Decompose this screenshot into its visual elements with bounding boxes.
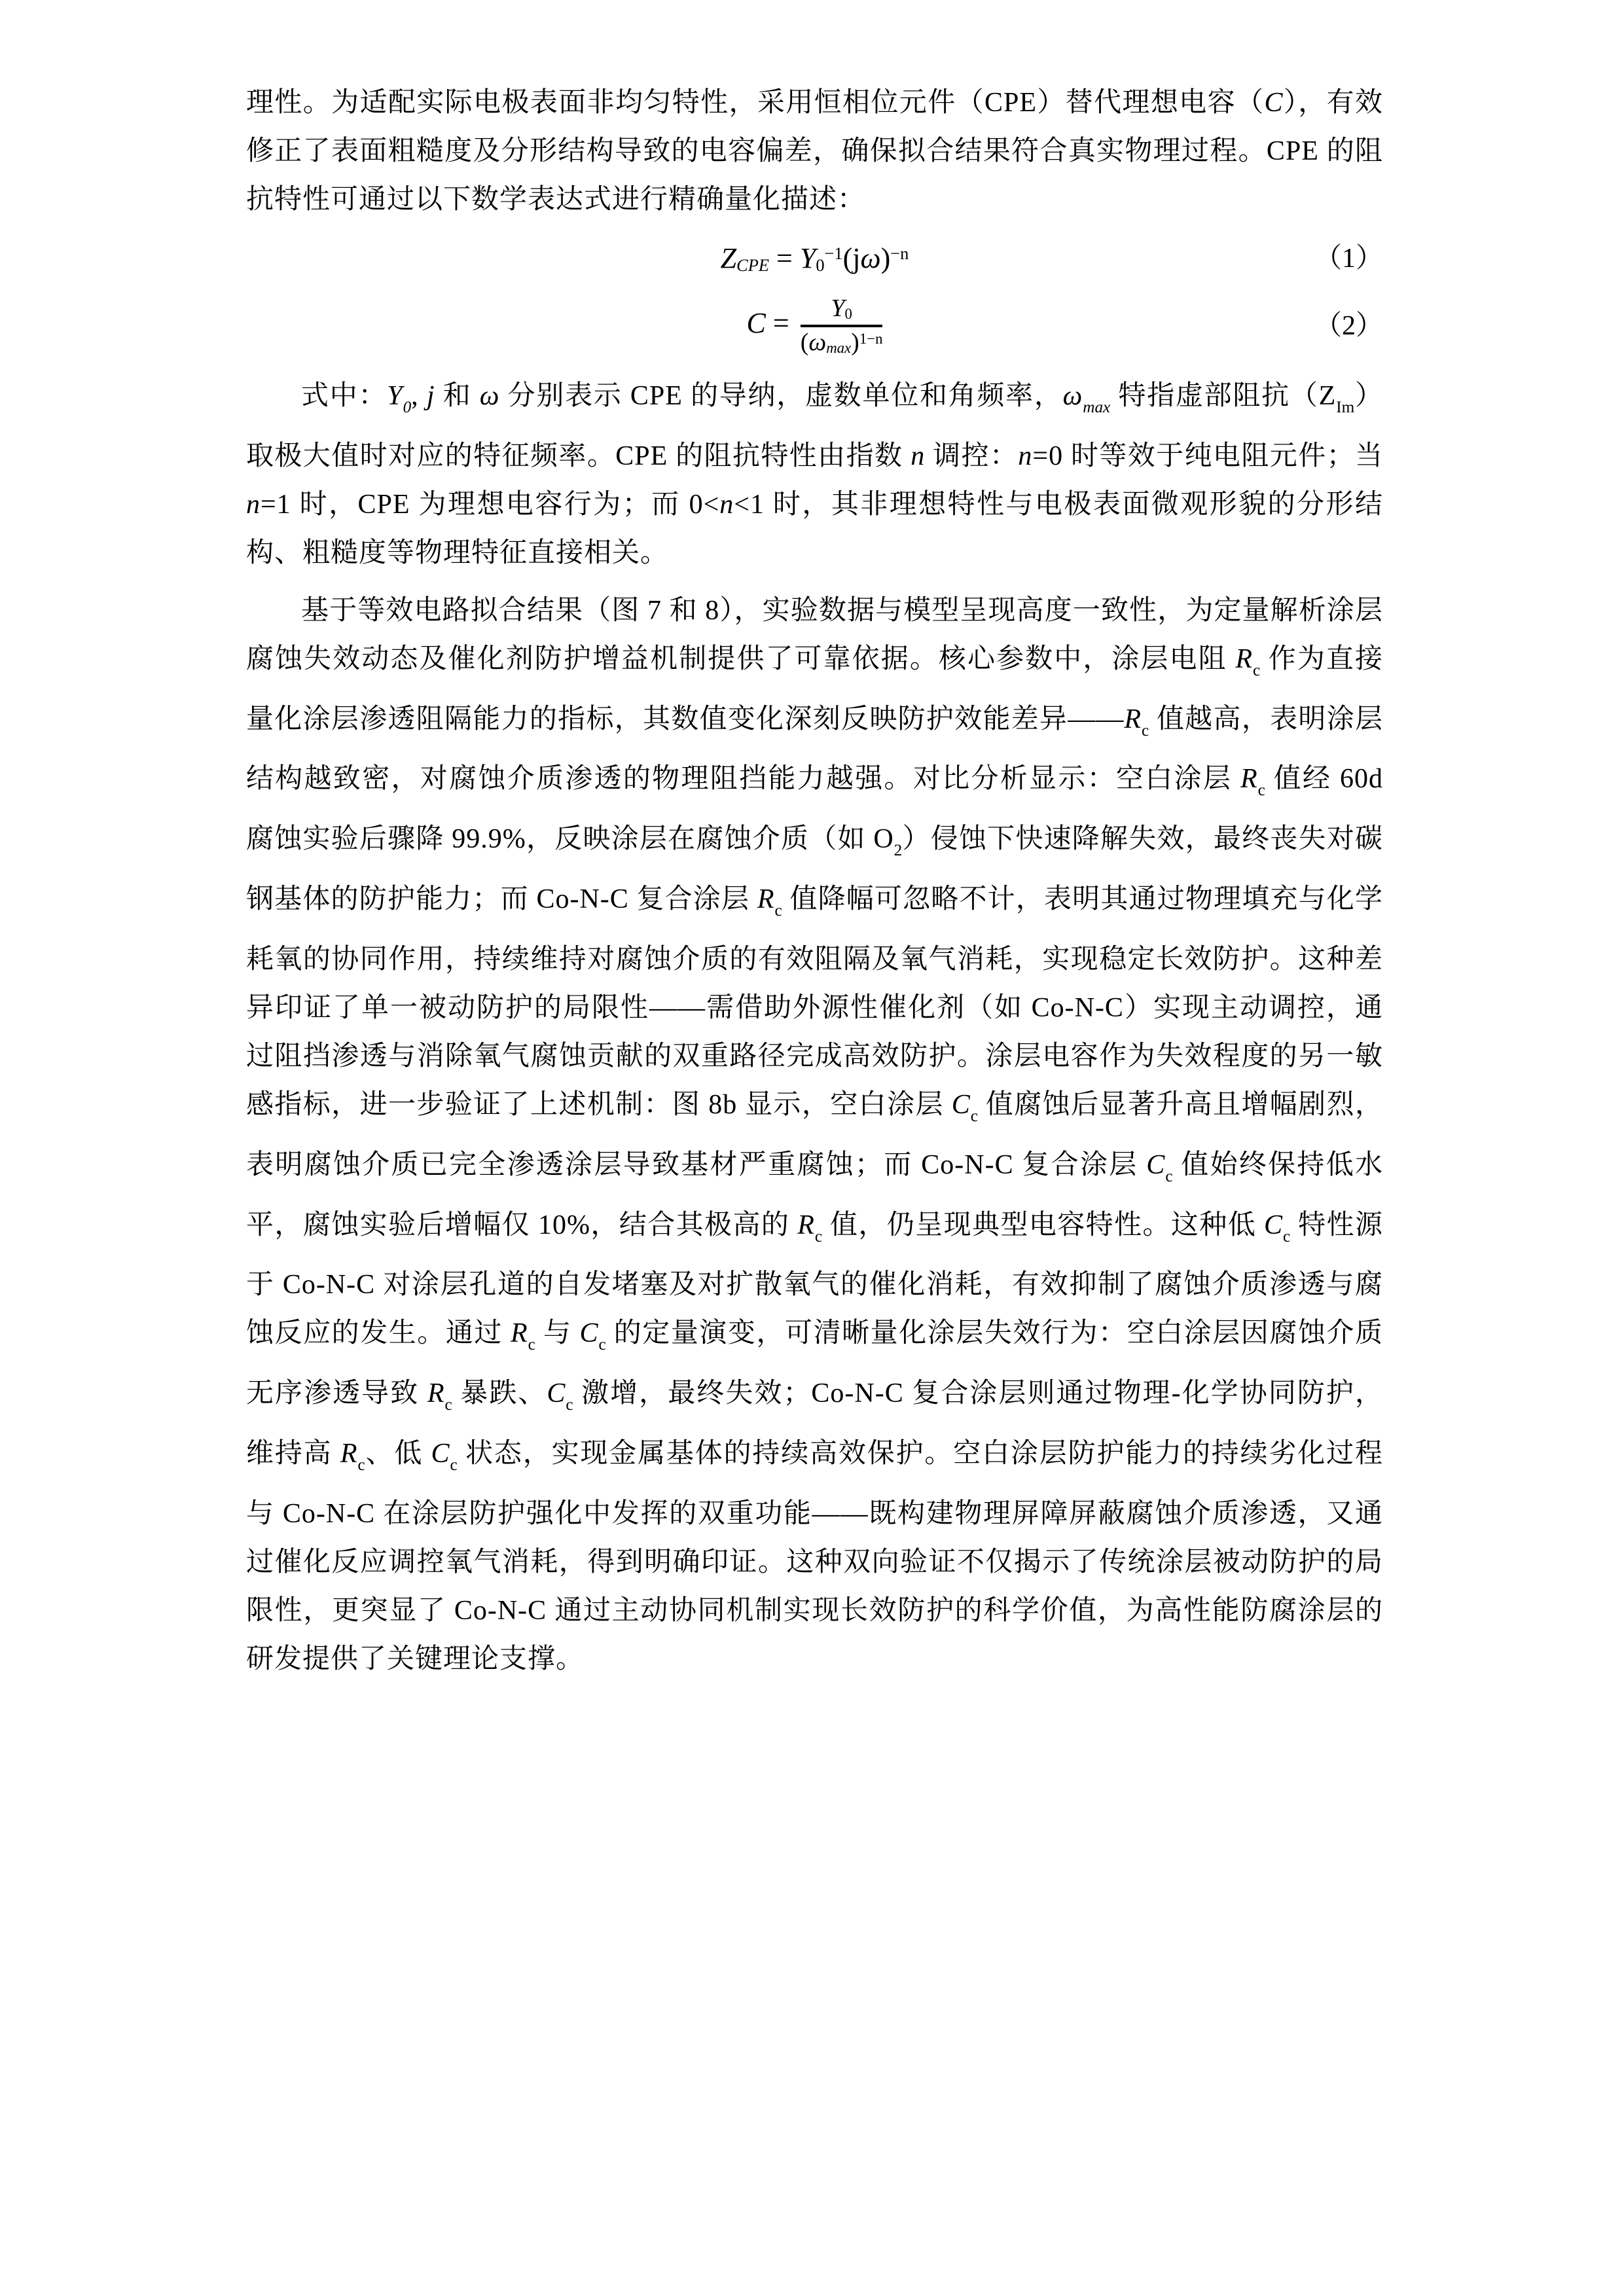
equation-capacitance: C = Y0(ωmax)1−n （2） [246, 284, 1383, 363]
paragraph-cpe-intro: 理性。为适配实际电极表面非均匀特性，采用恒相位元件（CPE）替代理想电容（C），… [246, 79, 1383, 224]
fraction: Y0(ωmax)1−n [801, 296, 883, 356]
equation-number: （1） [1314, 236, 1383, 276]
equation-number: （2） [1314, 304, 1383, 343]
equation-capacitance-formula: C = Y0(ωmax)1−n [747, 296, 883, 356]
equation-zcpe: ZCPE = Y0−1(jω)−n （1） [246, 228, 1383, 284]
equation-capacitance-lhs: C = [747, 307, 797, 339]
paragraph-fitting-analysis: 基于等效电路拟合结果（图 7 和 8），实验数据与模型呈现高度一致性，为定量解析… [246, 586, 1383, 1683]
document-page: 理性。为适配实际电极表面非均匀特性，采用恒相位元件（CPE）替代理想电容（C），… [0, 0, 1624, 2296]
article-body: 理性。为适配实际电极表面非均匀特性，采用恒相位元件（CPE）替代理想电容（C），… [246, 79, 1383, 1683]
paragraph-symbol-definitions: 式中：Y0, j 和 ω 分别表示 CPE 的导纳，虚数单位和角频率，ωmax … [246, 372, 1383, 577]
equation-zcpe-formula: ZCPE = Y0−1(jω)−n [721, 242, 909, 276]
fraction-numerator: Y0 [801, 296, 883, 327]
fraction-denominator: (ωmax)1−n [801, 327, 883, 356]
